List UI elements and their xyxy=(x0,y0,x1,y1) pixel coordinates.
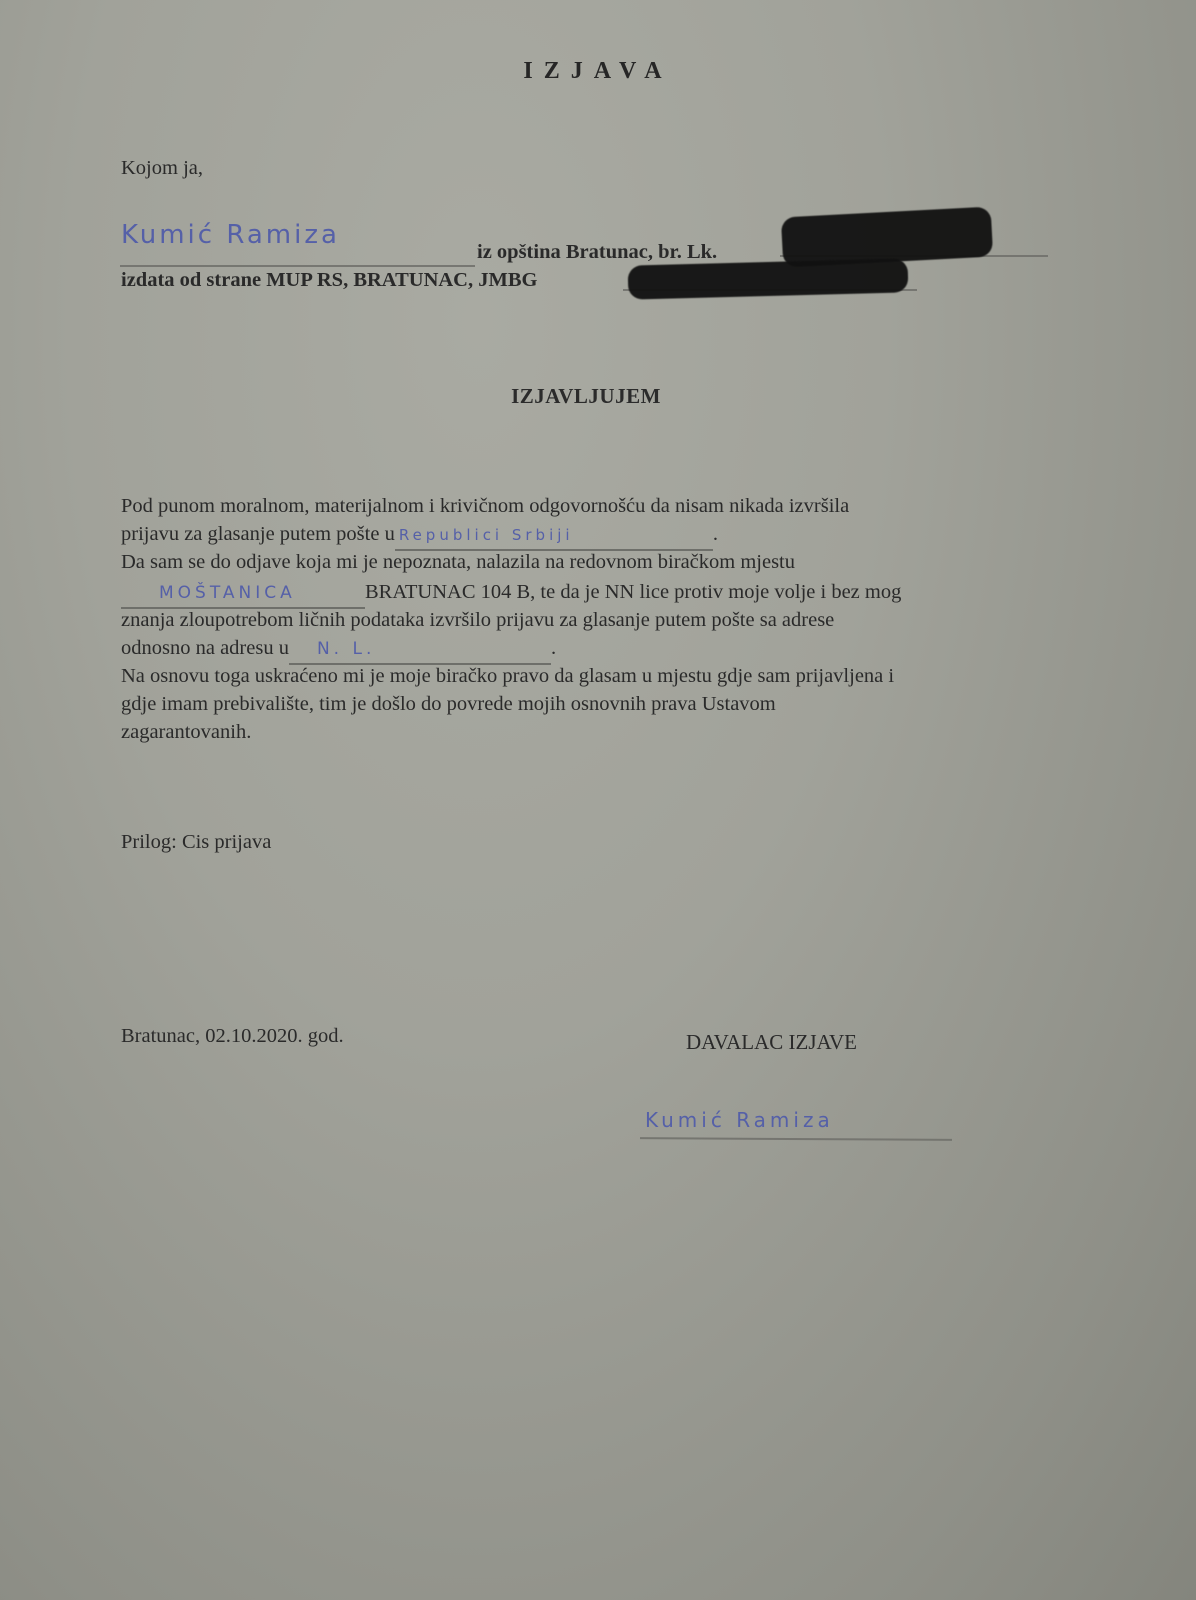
paragraph-line-3: Da sam se do odjave koja mi je nepoznata… xyxy=(121,548,795,576)
paragraph-line-7: Na osnovu toga uskraćeno mi je moje bira… xyxy=(121,662,894,690)
paragraph-line-2-prefix: prijavu za glasanje putem pošte u xyxy=(121,523,395,545)
declarant-municipality-text: iz opština Bratunac, br. Lk. xyxy=(477,238,717,266)
polling-place-handwritten: Moštanica xyxy=(121,579,365,609)
paragraph-line-6-suffix: . xyxy=(551,637,556,659)
country-handwritten: Republici Srbiji xyxy=(395,521,713,551)
declarant-issuer-text: izdata od strane MUP RS, BRATUNAC, JMBG xyxy=(121,266,537,294)
document-title: IZJAVA xyxy=(0,58,1196,85)
signature-underline xyxy=(640,1137,952,1141)
jmbg-redaction xyxy=(628,258,909,299)
paragraph-line-9: zagarantovanih. xyxy=(121,718,251,746)
paragraph-line-6: odnosno na adresu uN. L.. xyxy=(121,634,556,665)
paragraph-line-5: znanja zloupotrebom ličnih podataka izvr… xyxy=(121,606,834,634)
document-page: IZJAVA Kojom ja, Kumić Ramiza iz opština… xyxy=(0,0,1196,1600)
intro-text: Kojom ja, xyxy=(121,154,203,182)
paragraph-line-2-suffix: . xyxy=(713,523,718,545)
signature-handwritten: Kumić Ramiza xyxy=(645,1108,834,1132)
paragraph-line-4: MoštanicaBRATUNAC 104 B, te da je NN lic… xyxy=(121,578,901,609)
paragraph-line-1: Pod punom moralnom, materijalnom i krivi… xyxy=(121,492,849,520)
signature-label: DAVALAC IZJAVE xyxy=(686,1028,857,1056)
paragraph-line-2: prijavu za glasanje putem pošte uRepubli… xyxy=(121,520,718,551)
declarant-name-handwritten: Kumić Ramiza xyxy=(121,220,340,250)
paragraph-line-8: gdje imam prebivalište, tim je došlo do … xyxy=(121,690,776,718)
address-handwritten: N. L. xyxy=(289,635,551,665)
place-date-text: Bratunac, 02.10.2020. god. xyxy=(121,1022,344,1050)
paragraph-line-6-prefix: odnosno na adresu u xyxy=(121,637,289,659)
attachment-text: Prilog: Cis prijava xyxy=(121,828,271,856)
paragraph-line-4-suffix: BRATUNAC 104 B, te da je NN lice protiv … xyxy=(365,581,901,603)
declaration-heading: IZJAVLJUJEM xyxy=(0,384,1172,409)
